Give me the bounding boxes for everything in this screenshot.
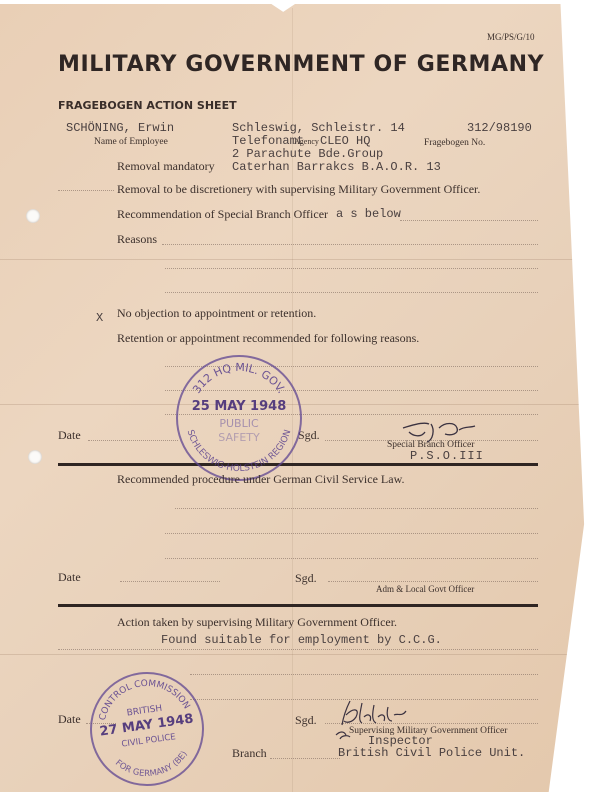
no-objection-label: No objection to appointment or retention… (117, 306, 316, 321)
stamp-ring-top: 312 HQ MIL. GOV. (190, 361, 288, 396)
svg-text:FOR GERMANY (BE): FOR GERMANY (BE) (112, 748, 192, 784)
sgd-label-3: Sgd. (295, 713, 317, 728)
form-code: MG/PS/G/10 (487, 32, 535, 42)
reasons-label: Reasons (117, 232, 157, 247)
punch-hole (28, 450, 42, 464)
agency-line1: Schleswig, Schleistr. 14 (232, 121, 405, 135)
stamp2-ring-bottom: FOR GERMANY (BE) (112, 748, 192, 784)
stamp-date: 25 MAY 1948 (178, 399, 300, 414)
civil-police-stamp: CONTROL COMMISSION FOR GERMANY (BE) BRIT… (83, 665, 212, 792)
dotted-line (162, 244, 538, 245)
employee-name-value: SCHÖNING, Erwin (66, 121, 174, 135)
branch-label: Branch (232, 746, 267, 761)
svg-text:312 HQ MIL. GOV.: 312 HQ MIL. GOV. (190, 361, 288, 396)
recommendation-value: a s below (336, 207, 401, 221)
date-label-3: Date (58, 712, 81, 727)
branch-value: British Civil Police Unit. (338, 746, 525, 760)
no-objection-mark: X (96, 311, 103, 325)
sgd-label-2: Sgd. (295, 571, 317, 586)
dotted-line (58, 649, 538, 650)
dotted-line (165, 533, 538, 534)
stamp-line1: PUBLIC (178, 417, 300, 430)
action-taken-label: Action taken by supervising Military Gov… (117, 615, 397, 630)
date-label: Date (58, 428, 81, 443)
dotted-line (165, 268, 538, 269)
removal-discretionary-label: Removal to be discretionery with supervi… (117, 182, 480, 197)
dotted-line (190, 674, 538, 675)
special-branch-unit: P.S.O.III (410, 449, 484, 463)
section-divider (58, 604, 538, 607)
date-label-2: Date (58, 570, 81, 585)
employee-name-label: Name of Employee (94, 137, 168, 147)
dotted-line (165, 558, 538, 559)
punch-hole (26, 209, 40, 223)
agency-label: Agency (294, 137, 319, 146)
stamp-line2: SAFETY (178, 431, 300, 444)
dotted-line (165, 292, 538, 293)
retention-recommended-label: Retention or appointment recommended for… (117, 331, 419, 346)
action-taken-value: Found suitable for employment by C.C.G. (161, 633, 442, 647)
fragebogen-no-value: 312/98190 (467, 121, 532, 135)
fragebogen-no-label: Fragebogen No. (424, 138, 485, 148)
dotted-line (270, 758, 340, 759)
sgd-label: Sgd. (298, 428, 320, 443)
dotted-line (328, 581, 538, 582)
page-subtitle: FRAGEBOGEN ACTION SHEET (58, 99, 237, 112)
recommendation-label: Recommendation of Special Branch Officer (117, 207, 328, 222)
procedure-label: Recommended procedure under German Civil… (117, 472, 404, 487)
removal-mandatory-label: Removal mandatory (117, 159, 215, 174)
fold-crease (0, 259, 590, 260)
public-safety-stamp: 312 HQ MIL. GOV. SCHLESWIG-HOLSTEIN REGI… (176, 355, 302, 481)
page-title: MILITARY GOVERNMENT OF GERMANY (58, 52, 544, 77)
agency-line4: Caterhan Barrakcs B.A.O.R. 13 (232, 160, 441, 174)
dotted-line (58, 190, 114, 191)
dotted-line (120, 581, 220, 582)
agency-line2b: CLEO HQ (320, 134, 370, 148)
agency-line3: 2 Parachute Bde.Group (232, 147, 383, 161)
fold-crease (0, 654, 590, 655)
dotted-line (400, 220, 538, 221)
dotted-line (88, 440, 178, 441)
adm-officer-label: Adm & Local Govt Officer (376, 584, 474, 594)
dotted-line (175, 508, 538, 509)
